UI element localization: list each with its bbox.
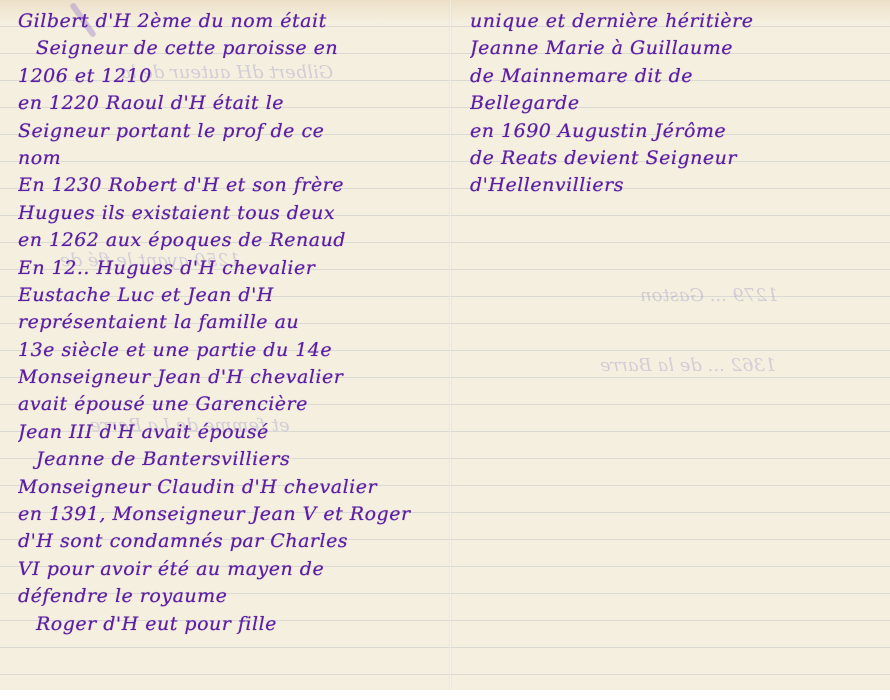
text-line: de Reats devient Seigneur [470,145,880,172]
text-line: en 1220 Raoul d'H était le [18,90,443,117]
text-line: en 1262 aux époques de Renaud [18,227,443,254]
text-line: nom [18,145,443,172]
text-line: Gilbert d'H 2ème du nom était [18,8,443,35]
text-line: Seigneur portant le prof de ce [18,118,443,145]
text-line: En 1230 Robert d'H et son frère [18,172,443,199]
text-line: Jeanne de Bantersvilliers [18,446,443,473]
text-line: Roger d'H eut pour fille [18,611,443,638]
text-line: Monseigneur Jean d'H chevalier [18,364,443,391]
text-line: Bellegarde [470,90,880,117]
text-line: VI pour avoir été au mayen de [18,556,443,583]
text-line: avait épousé une Garencière [18,391,443,418]
text-line: Seigneur de cette paroisse en [18,35,443,62]
text-line: en 1391, Monseigneur Jean V et Roger [18,501,443,528]
text-line: En 12.. Hugues d'H chevalier [18,255,443,282]
text-line: Jean III d'H avait épousé [18,419,443,446]
right-page: unique et dernière héritière Jeanne Mari… [470,8,880,200]
text-line: 1206 et 1210 [18,63,443,90]
left-page: Gilbert d'H 2ème du nom était Seigneur d… [18,8,443,638]
text-line: unique et dernière héritière [470,8,880,35]
text-line: défendre le royaume [18,583,443,610]
manuscript-sheet: Gilbert dH auteur de la 1250 ayant le fl… [0,0,890,690]
text-line: Jeanne Marie à Guillaume [470,35,880,62]
text-line: Monseigneur Claudin d'H chevalier [18,474,443,501]
page-fold [449,0,452,690]
text-line: Hugues ils existaient tous deux [18,200,443,227]
text-line: Eustache Luc et Jean d'H [18,282,443,309]
text-line: d'Hellenvilliers [470,172,880,199]
text-line: de Mainnemare dit de [470,63,880,90]
text-line: 13e siècle et une partie du 14e [18,337,443,364]
show-through-text: 1362 ... de la Barre [600,355,776,376]
scan-margin [0,690,890,700]
text-line: en 1690 Augustin Jérôme [470,118,880,145]
text-line: représentaient la famille au [18,309,443,336]
text-line: d'H sont condamnés par Charles [18,528,443,555]
show-through-text: 1279 ... Gaston [640,285,778,306]
